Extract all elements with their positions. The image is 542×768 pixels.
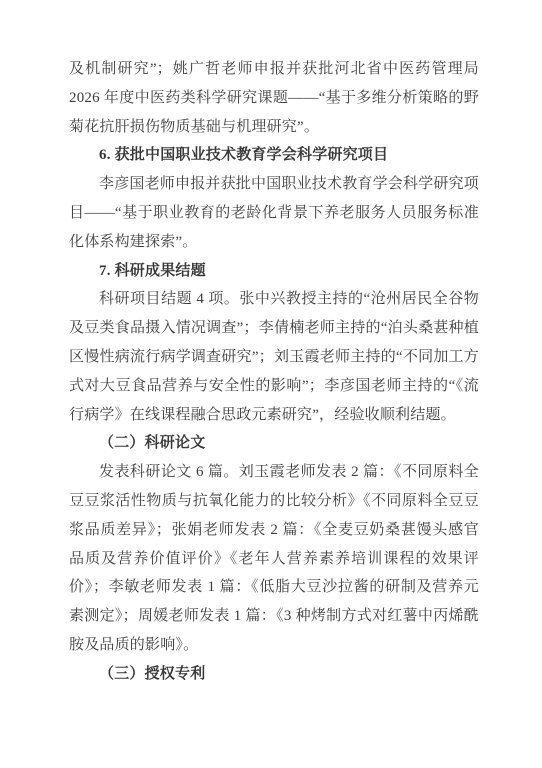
section-heading-patents: （三）授权专利 [69, 660, 479, 689]
numbered-heading-7: 7. 科研成果结题 [69, 257, 479, 286]
document-page: 及机制研究”；姚广哲老师申报并获批河北省中医药管理局 2026 年度中医药类科学… [0, 0, 542, 768]
section-heading-research-papers: （二）科研论文 [69, 429, 479, 458]
paragraph-research-papers: 发表科研论文 6 篇。刘玉霞老师发表 2 篇：《不同原料全豆豆浆活性物质与抗氧化… [69, 458, 479, 660]
paragraph-continuation: 及机制研究”；姚广哲老师申报并获批河北省中医药管理局 2026 年度中医药类科学… [69, 55, 479, 141]
document-text-block: 及机制研究”；姚广哲老师申报并获批河北省中医药管理局 2026 年度中医药类科学… [69, 55, 479, 689]
numbered-heading-6: 6. 获批中国职业技术教育学会科学研究项目 [69, 141, 479, 170]
paragraph-project-completion: 科研项目结题 4 项。张中兴教授主持的“沧州居民全谷物及豆类食品摄入情况调查”；… [69, 285, 479, 429]
paragraph-project-6: 李彦国老师申报并获批中国职业技术教育学会科学研究项目——“基于职业教育的老龄化背… [69, 170, 479, 256]
